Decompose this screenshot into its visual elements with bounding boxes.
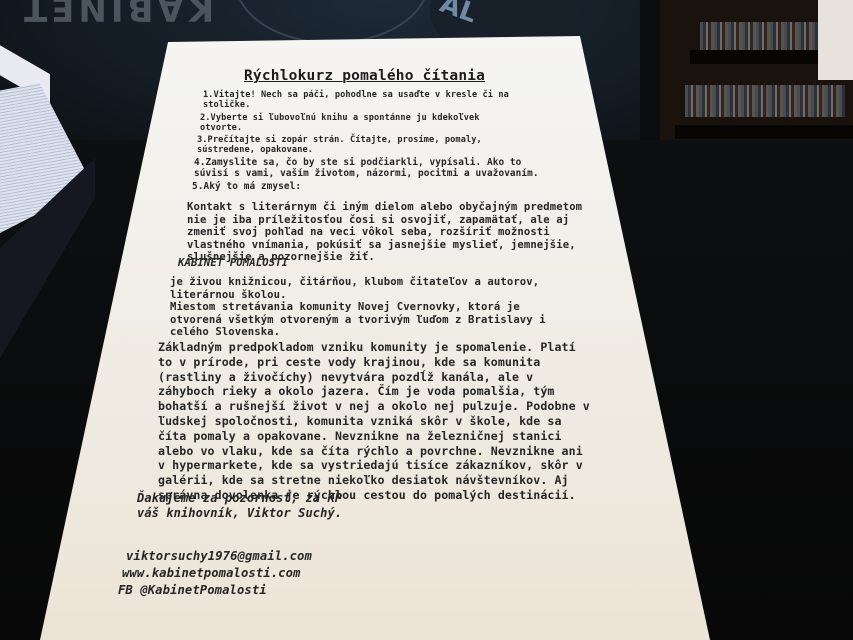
- step-3: 3.Prečítajte si zopár strán. Čítajte, pr…: [197, 135, 482, 155]
- section-heading: KABINET POMALOSTI: [178, 257, 288, 270]
- contact-facebook: FB @KabinetPomalosti: [118, 582, 267, 599]
- step-2: 2.Vyberte si ľubovoľnú knihu a spontánne…: [200, 113, 480, 133]
- step-1: 1.Vitajte! Nech sa páči, pohodlne sa usa…: [203, 90, 509, 110]
- meaning-paragraph: Kontakt s literárnym či iným dielom aleb…: [187, 201, 582, 264]
- book-row: [685, 85, 845, 117]
- about-paragraph: je živou knižnicou, čitárňou, klubom čit…: [170, 276, 546, 339]
- community-paragraph: Základným predpokladom vzniku komunity j…: [158, 340, 590, 503]
- step-5: 5.Aký to má zmysel:: [192, 181, 301, 192]
- background-towel: [818, 0, 853, 80]
- contact-email: viktorsuchy1976@gmail.com: [126, 548, 312, 565]
- contact-website: www.kabinetpomalosti.com: [122, 565, 301, 582]
- closing-signature: Ďakujeme za pozornosť, za KP váš knihovn…: [137, 491, 342, 521]
- tshirt-print-text: KABINET: [20, 0, 214, 28]
- tshirt-emblem: [235, 0, 429, 44]
- document-title: Rýchlokurz pomalého čítania: [244, 68, 485, 84]
- shelf-board: [675, 125, 853, 139]
- step-4: 4.Zamyslite sa, čo by ste si podčiarkli,…: [194, 157, 539, 179]
- thick-book: [0, 58, 95, 293]
